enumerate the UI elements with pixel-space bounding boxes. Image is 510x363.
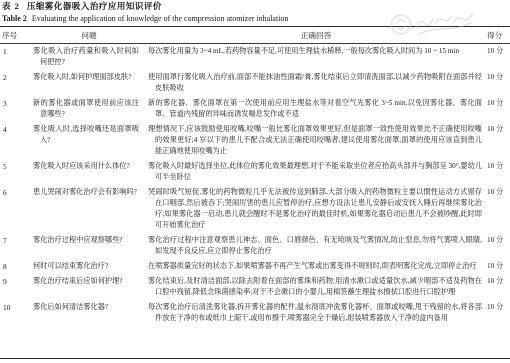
row-number: 5 (0, 161, 30, 183)
column-header-answer: 正确回答 (148, 30, 484, 41)
row-question: 雾化治疗过程中应观察哪些? (30, 235, 148, 257)
journal-table-page: 表 2压缩雾化器吸入治疗应用知识评价 Table 2Evaluating the… (0, 0, 510, 363)
table-row: 6 患儿哭闹对雾化治疗会有影响吗? 哭闹时吸气短促,雾化的药物微粒几乎无法被传送… (0, 187, 510, 231)
row-score: 10 分 (484, 187, 510, 231)
row-number: 10 (0, 302, 30, 324)
row-answer: 在喷雾器质量完好的状态下,如果喷雾器不再产生气雾或出雾变得不规则时,即表明雾化完… (148, 261, 484, 272)
row-number: 8 (0, 261, 30, 272)
row-answer: 每次雾化治疗后清洗雾化器,拆开雾化器的配件,温水彻底冲洗雾化器杯、面罩或咬嘴,甩… (148, 302, 484, 324)
row-question: 患儿哭闹对雾化治疗会有影响吗? (30, 187, 148, 231)
table-header-row: 序号 问题 正确回答 得分 (0, 27, 510, 44)
row-number: 2 (0, 72, 30, 94)
table-row: 4 雾化吸入时,选择咬嘴还是面罩吸入? 理想情况下,应该鼓励使用咬嘴,咬嘴一般比… (0, 124, 510, 157)
table-title-zh: 表 2压缩雾化器吸入治疗应用知识评价 (2, 1, 510, 12)
row-number: 6 (0, 187, 30, 231)
table-row: 10 雾化后如何清洁雾化器? 每次雾化治疗后清洗雾化器,拆开雾化器的配件,温水彻… (0, 302, 510, 324)
row-question: 雾化吸入时,如何护理面部皮肤? (30, 72, 148, 94)
row-question: 雾化吸入时,选择咬嘴还是面罩吸入? (30, 124, 148, 157)
row-answer: 使用面罩行雾化吸入治疗前,面部不能抹油性面霜/膏,雾化结束后立即清洗面部,以减少… (148, 72, 484, 94)
table-row: 3 新的雾化器或面罩使用前应该注意哪些? 新的雾化器、雾化面罩在第一次使用前应用… (0, 98, 510, 120)
table-title-en: Table 2Evaluating the application of kno… (2, 13, 510, 24)
table-row: 2 雾化吸入时,如何护理面部皮肤? 使用面罩行雾化吸入治疗前,面部不能抹油性面霜… (0, 72, 510, 94)
row-score: 10 分 (484, 161, 510, 183)
row-answer: 雾化治疗过程中注意观察患儿神志、面色、口唇颜色、有无呛咳及气雾情况,防止窒息,勿… (148, 235, 484, 257)
table-title-zh-text: 压缩雾化器吸入治疗应用知识评价 (27, 1, 162, 11)
table-row: 5 雾化吸入时应该采用什么体位? 雾化吸入时最好选择坐位,此体位的雾化效果最理想… (0, 161, 510, 183)
row-question: 雾化治疗结束后应如何护理? (30, 276, 148, 298)
table-caption: 表 2压缩雾化器吸入治疗应用知识评价 Table 2Evaluating the… (0, 0, 510, 24)
row-score: 10 分 (484, 235, 510, 257)
row-score: 10 分 (484, 124, 510, 157)
row-answer: 雾化吸入时最好选择坐位,此体位的雾化效果最理想,对于不能采取坐位者应抬高头部并与… (148, 161, 484, 183)
row-score: 10 分 (484, 46, 510, 68)
table-row: 7 雾化治疗过程中应观察哪些? 雾化治疗过程中注意观察患儿神志、面色、口唇颜色、… (0, 235, 510, 257)
row-number: 9 (0, 276, 30, 298)
row-question: 雾化吸入治疗药量和吸入时间如何把控? (30, 46, 148, 68)
row-score: 10 分 (484, 261, 510, 272)
column-header-no: 序号 (0, 30, 30, 41)
row-answer: 每次雾化用量为 3~4 mL,若药物容量不足,可使用生理盐水稀释,一般每次雾化吸… (148, 46, 484, 68)
row-number: 7 (0, 235, 30, 257)
table-row: 9 雾化治疗结束后应如何护理? 雾化结束后,及时清洁面部,以除去附着在面部的雾珠… (0, 276, 510, 298)
table-body: 1 雾化吸入治疗药量和吸入时间如何把控? 每次雾化用量为 3~4 mL,若药物容… (0, 44, 510, 324)
row-score: 10 分 (484, 302, 510, 324)
row-question: 何时可以结束雾化治疗? (30, 261, 148, 272)
row-question: 雾化后如何清洁雾化器? (30, 302, 148, 324)
row-number: 3 (0, 98, 30, 120)
row-answer: 雾化结束后,及时清洁面部,以除去附着在面部的雾珠和药物;用清水漱口或适量饮水,减… (148, 276, 484, 298)
row-answer: 哭闹时吸气短促,雾化的药物微粒几乎无法被传送到肺部,大部分吸入的药物微粒主要以惯… (148, 187, 484, 231)
row-question: 新的雾化器或面罩使用前应该注意哪些? (30, 98, 148, 120)
table-number-zh: 表 2 (2, 1, 20, 11)
table-bottom-rule (0, 358, 510, 359)
table-row: 8 何时可以结束雾化治疗? 在喷雾器质量完好的状态下,如果喷雾器不再产生气雾或出… (0, 261, 510, 272)
row-score: 10 分 (484, 276, 510, 298)
table-title-en-text: Evaluating the application of knowledge … (32, 14, 289, 23)
table-row: 1 雾化吸入治疗药量和吸入时间如何把控? 每次雾化用量为 3~4 mL,若药物容… (0, 46, 510, 68)
row-score: 10 分 (484, 98, 510, 120)
row-answer: 新的雾化器、雾化面罩在第一次使用前应用生理盐水等对着空气先雾化 3~5 min,… (148, 98, 484, 120)
column-header-question: 问题 (30, 30, 148, 41)
row-number: 1 (0, 46, 30, 68)
column-header-score: 得分 (484, 30, 510, 41)
row-question: 雾化吸入时应该采用什么体位? (30, 161, 148, 183)
row-number: 4 (0, 124, 30, 157)
row-answer: 理想情况下,应该鼓励使用咬嘴,咬嘴一般比雾化面罩效果更好,但是面罩一致性使用效果… (148, 124, 484, 157)
row-score: 10 分 (484, 72, 510, 94)
table-number-en: Table 2 (2, 14, 27, 23)
